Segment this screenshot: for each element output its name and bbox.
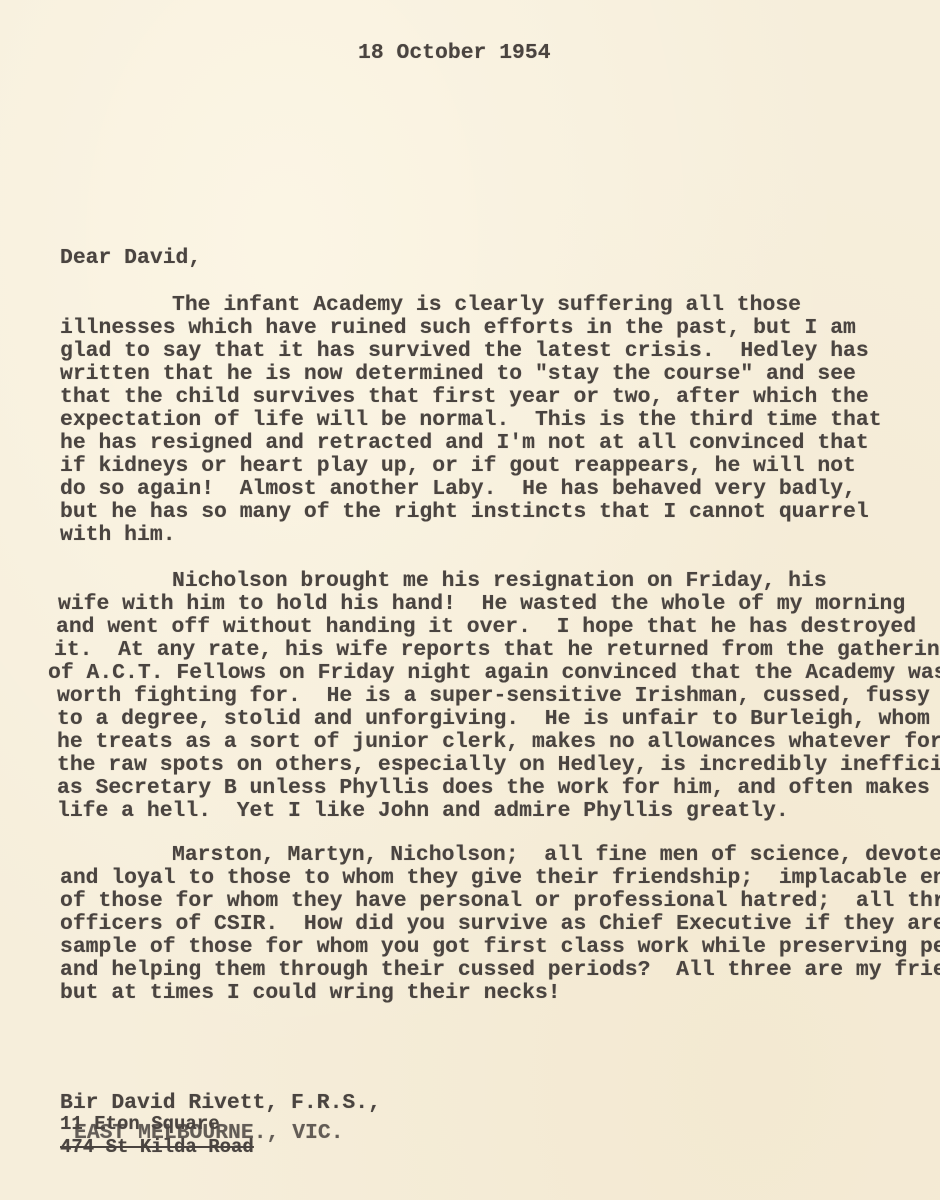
text-line: worth fighting for. He is a super-sensit… [57,685,930,708]
salutation: Dear David, [60,247,201,270]
text-line: wife with him to hold his hand! He waste… [58,593,905,616]
text-line: with him. [60,524,176,547]
text-line: it. At any rate, his wife reports that h… [54,639,940,662]
text-line: and helping them through their cussed pe… [60,959,940,982]
text-line: but at times I could wring their necks! [60,982,561,1005]
text-line: do so again! Almost another Laby. He has… [60,478,856,501]
text-line: Nicholson brought me his resignation on … [172,570,827,593]
text-line: the raw spots on others, especially on H… [57,754,940,777]
addressee-name: Bir David Rivett, F.R.S., [60,1092,381,1115]
text-line: glad to say that it has survived the lat… [60,340,869,363]
address-line-struck: 474 St Kilda Road [60,1136,254,1159]
text-line: if kidneys or heart play up, or if gout … [60,455,856,478]
text-line: expectation of life will be normal. This… [60,409,882,432]
text-line: Marston, Martyn, Nicholson; all fine men… [172,844,940,867]
text-line: that the child survives that first year … [60,386,869,409]
text-line: but he has so many of the right instinct… [60,501,869,524]
text-line: to a degree, stolid and unforgiving. He … [57,708,930,731]
text-line: sample of those for whom you got first c… [60,936,940,959]
text-line: of A.C.T. Fellows on Friday night again … [48,662,940,685]
text-line: he treats as a sort of junior clerk, mak… [57,731,940,754]
text-line: of those for whom they have personal or … [60,890,940,913]
text-line: officers of CSIR. How did you survive as… [60,913,940,936]
text-line: written that he is now determined to "st… [60,363,856,386]
text-line: as Secretary B unless Phyllis does the w… [57,777,940,800]
text-line: he has resigned and retracted and I'm no… [60,432,869,455]
letter-date: 18 October 1954 [358,42,551,65]
text-line: life a hell. Yet I like John and admire … [57,800,789,823]
text-line: and went off without handing it over. I … [56,616,916,639]
text-line: illnesses which have ruined such efforts… [60,317,856,340]
text-line: and loyal to those to whom they give the… [60,867,940,890]
text-line: The infant Academy is clearly suffering … [172,294,801,317]
